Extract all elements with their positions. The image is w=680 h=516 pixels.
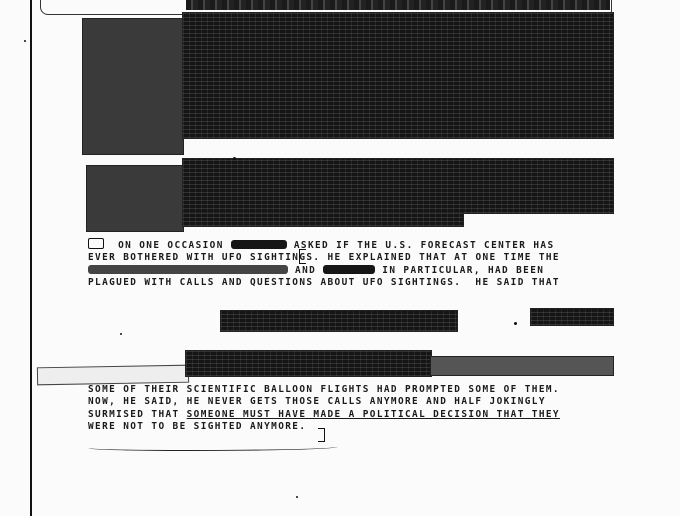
speck bbox=[120, 333, 122, 335]
text-line: PLAGUED WITH CALLS AND QUESTIONS ABOUT U… bbox=[88, 277, 560, 288]
redaction-block-3b bbox=[530, 308, 614, 326]
text-line: AND bbox=[295, 265, 316, 276]
text-line: SURMISED THAT bbox=[88, 409, 187, 420]
redaction-block-2-left bbox=[86, 165, 184, 232]
redaction-block-top bbox=[186, 0, 610, 10]
speck bbox=[296, 496, 298, 498]
redaction-block-2 bbox=[182, 158, 614, 214]
redaction-block-1-left bbox=[82, 18, 184, 155]
left-margin-rule bbox=[30, 0, 32, 516]
speck bbox=[514, 322, 517, 325]
redaction-strip-light bbox=[37, 365, 189, 386]
inline-redaction bbox=[323, 265, 375, 274]
paragraph-2: SOME OF THEIR SCIENTIFIC BALLOON FLIGHTS… bbox=[88, 384, 618, 434]
speck bbox=[233, 157, 236, 160]
text-line: HE EXPLAINED THAT AT ONE TIME THE bbox=[328, 252, 560, 263]
bracket-mark bbox=[318, 428, 325, 442]
text-line: IN PARTICULAR, HAD BEEN bbox=[382, 265, 544, 276]
text-line: ON ONE OCCASION bbox=[118, 240, 224, 251]
handwritten-underline bbox=[88, 444, 338, 451]
redaction-block-4 bbox=[185, 350, 432, 377]
speck bbox=[24, 40, 26, 42]
inline-redaction bbox=[231, 240, 287, 249]
text-line: ASKED IF THE U.S. FORECAST CENTER HAS bbox=[294, 240, 555, 251]
text-line: WERE NOT TO BE SIGHTED ANYMORE. bbox=[88, 421, 306, 432]
redaction-block-4b bbox=[430, 356, 614, 376]
text-line: EVER BOTHERED WITH UFO SIGHTINGS. bbox=[88, 252, 320, 263]
redaction-block-1 bbox=[182, 12, 614, 139]
text-line: NOW, HE SAID, HE NEVER GETS THOSE CALLS … bbox=[88, 396, 546, 407]
paragraph-1: ON ONE OCCASION ASKED IF THE U.S. FORECA… bbox=[88, 238, 618, 290]
redaction-block-3 bbox=[220, 310, 458, 332]
text-line: SOME OF THEIR SCIENTIFIC BALLOON FLIGHTS… bbox=[88, 384, 560, 395]
bracket-mark bbox=[299, 249, 306, 264]
paragraph-marker-icon bbox=[88, 238, 104, 249]
underlined-text: SOMEONE MUST HAVE MADE A POLITICAL DECIS… bbox=[187, 409, 560, 420]
inline-redaction bbox=[88, 265, 288, 274]
redaction-block-2-tail bbox=[182, 212, 464, 227]
